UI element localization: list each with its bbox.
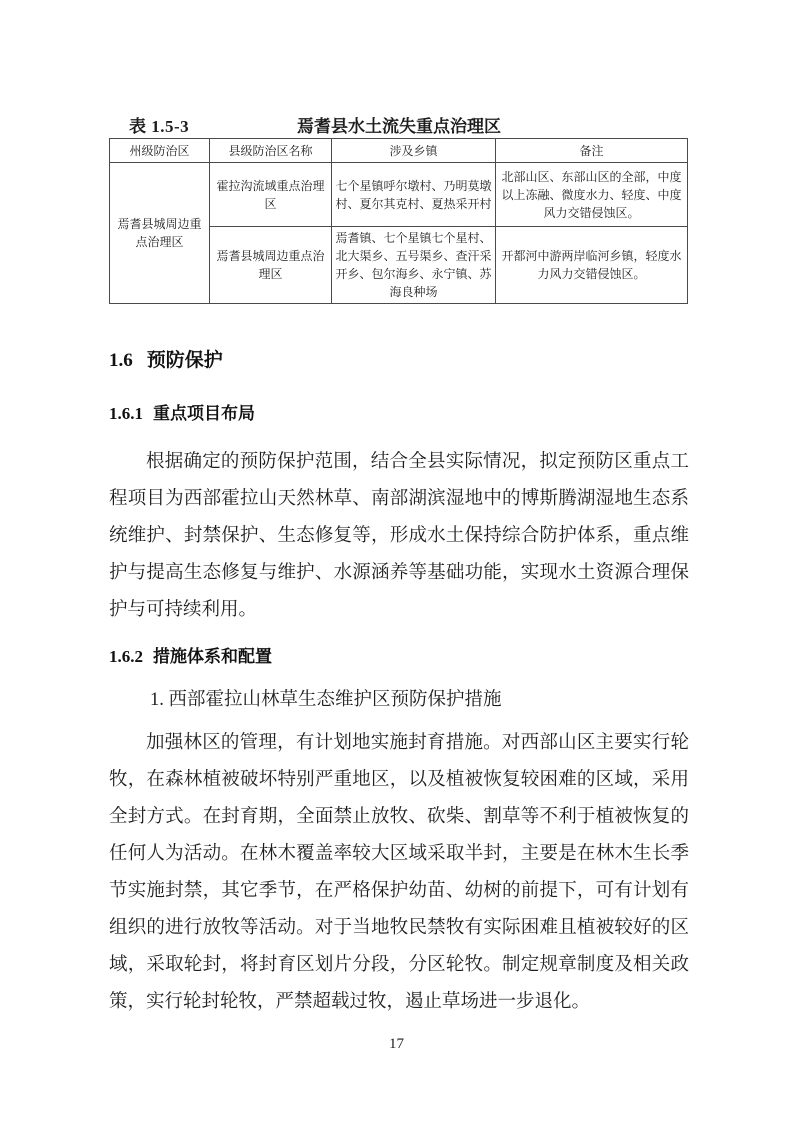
paragraph-1-6-1: 根据确定的预防保护范围，结合全县实际情况，拟定预防区重点工程项目为西部霍拉山天然…: [109, 444, 689, 629]
table-cell-state-zone: 焉耆县城周边重点治理区: [110, 163, 210, 304]
section-number: 1.6.2: [109, 647, 153, 666]
treatment-zone-table: 州级防治区 县级防治区名称 涉及乡镇 备注 焉耆县城周边重点治理区 霍拉沟流域重…: [109, 138, 688, 304]
section-heading-1-6-1: 1.6.1重点项目布局: [109, 402, 689, 426]
page-content: 表 1.5-3 焉耆县水土流失重点治理区 州级防治区 县级防治区名称 涉及乡镇 …: [109, 116, 689, 1021]
table-cell-townships: 焉耆镇、七个星镇七个星村、北大渠乡、五号渠乡、查汗采开乡、包尔海乡、永宁镇、苏海…: [332, 227, 496, 304]
table-cell-remark: 北部山区、东部山区的全部，中度以上冻融、微度水力、轻度、中度风力交错侵蚀区。: [496, 163, 688, 227]
section-number: 1.6.1: [109, 404, 153, 423]
table-header-remark: 备注: [496, 139, 688, 163]
table-cell-townships: 七个星镇呼尔墩村、乃明莫墩村、夏尔其克村、夏热采开村: [332, 163, 496, 227]
table-cell-remark: 开都河中游两岸临河乡镇，轻度水力风力交错侵蚀区。: [496, 227, 688, 304]
section-title: 措施体系和配置: [153, 647, 272, 666]
table-header-townships: 涉及乡镇: [332, 139, 496, 163]
paragraph-1-6-2: 加强林区的管理，有计划地实施封育措施。对西部山区主要实行轮牧，在森林植被破坏特别…: [109, 725, 689, 1021]
table-header-county-zone: 县级防治区名称: [210, 139, 332, 163]
document-page: 表 1.5-3 焉耆县水土流失重点治理区 州级防治区 县级防治区名称 涉及乡镇 …: [0, 0, 793, 1122]
page-number: 17: [0, 1036, 793, 1053]
table-caption-title: 焉耆县水土流失重点治理区: [297, 117, 501, 136]
table-row: 焉耆县城周边重点治理区 霍拉沟流域重点治理区 七个星镇呼尔墩村、乃明莫墩村、夏尔…: [110, 163, 688, 227]
table-header-state-zone: 州级防治区: [110, 139, 210, 163]
table-header-row: 州级防治区 县级防治区名称 涉及乡镇 备注: [110, 139, 688, 163]
table-caption-label: 表 1.5-3: [129, 116, 189, 137]
section-title: 重点项目布局: [153, 404, 255, 423]
section-heading-1-6-2: 1.6.2措施体系和配置: [109, 645, 689, 669]
table-cell-county-zone: 霍拉沟流域重点治理区: [210, 163, 332, 227]
section-heading-1-6: 1.6预防保护: [109, 348, 689, 374]
table-caption: 表 1.5-3 焉耆县水土流失重点治理区: [109, 116, 689, 137]
section-title: 预防保护: [147, 350, 223, 371]
list-item-1: 1. 西部霍拉山林草生态维护区预防保护措施: [109, 682, 689, 719]
table-cell-county-zone: 焉耆县城周边重点治理区: [210, 227, 332, 304]
section-number: 1.6: [109, 350, 147, 371]
